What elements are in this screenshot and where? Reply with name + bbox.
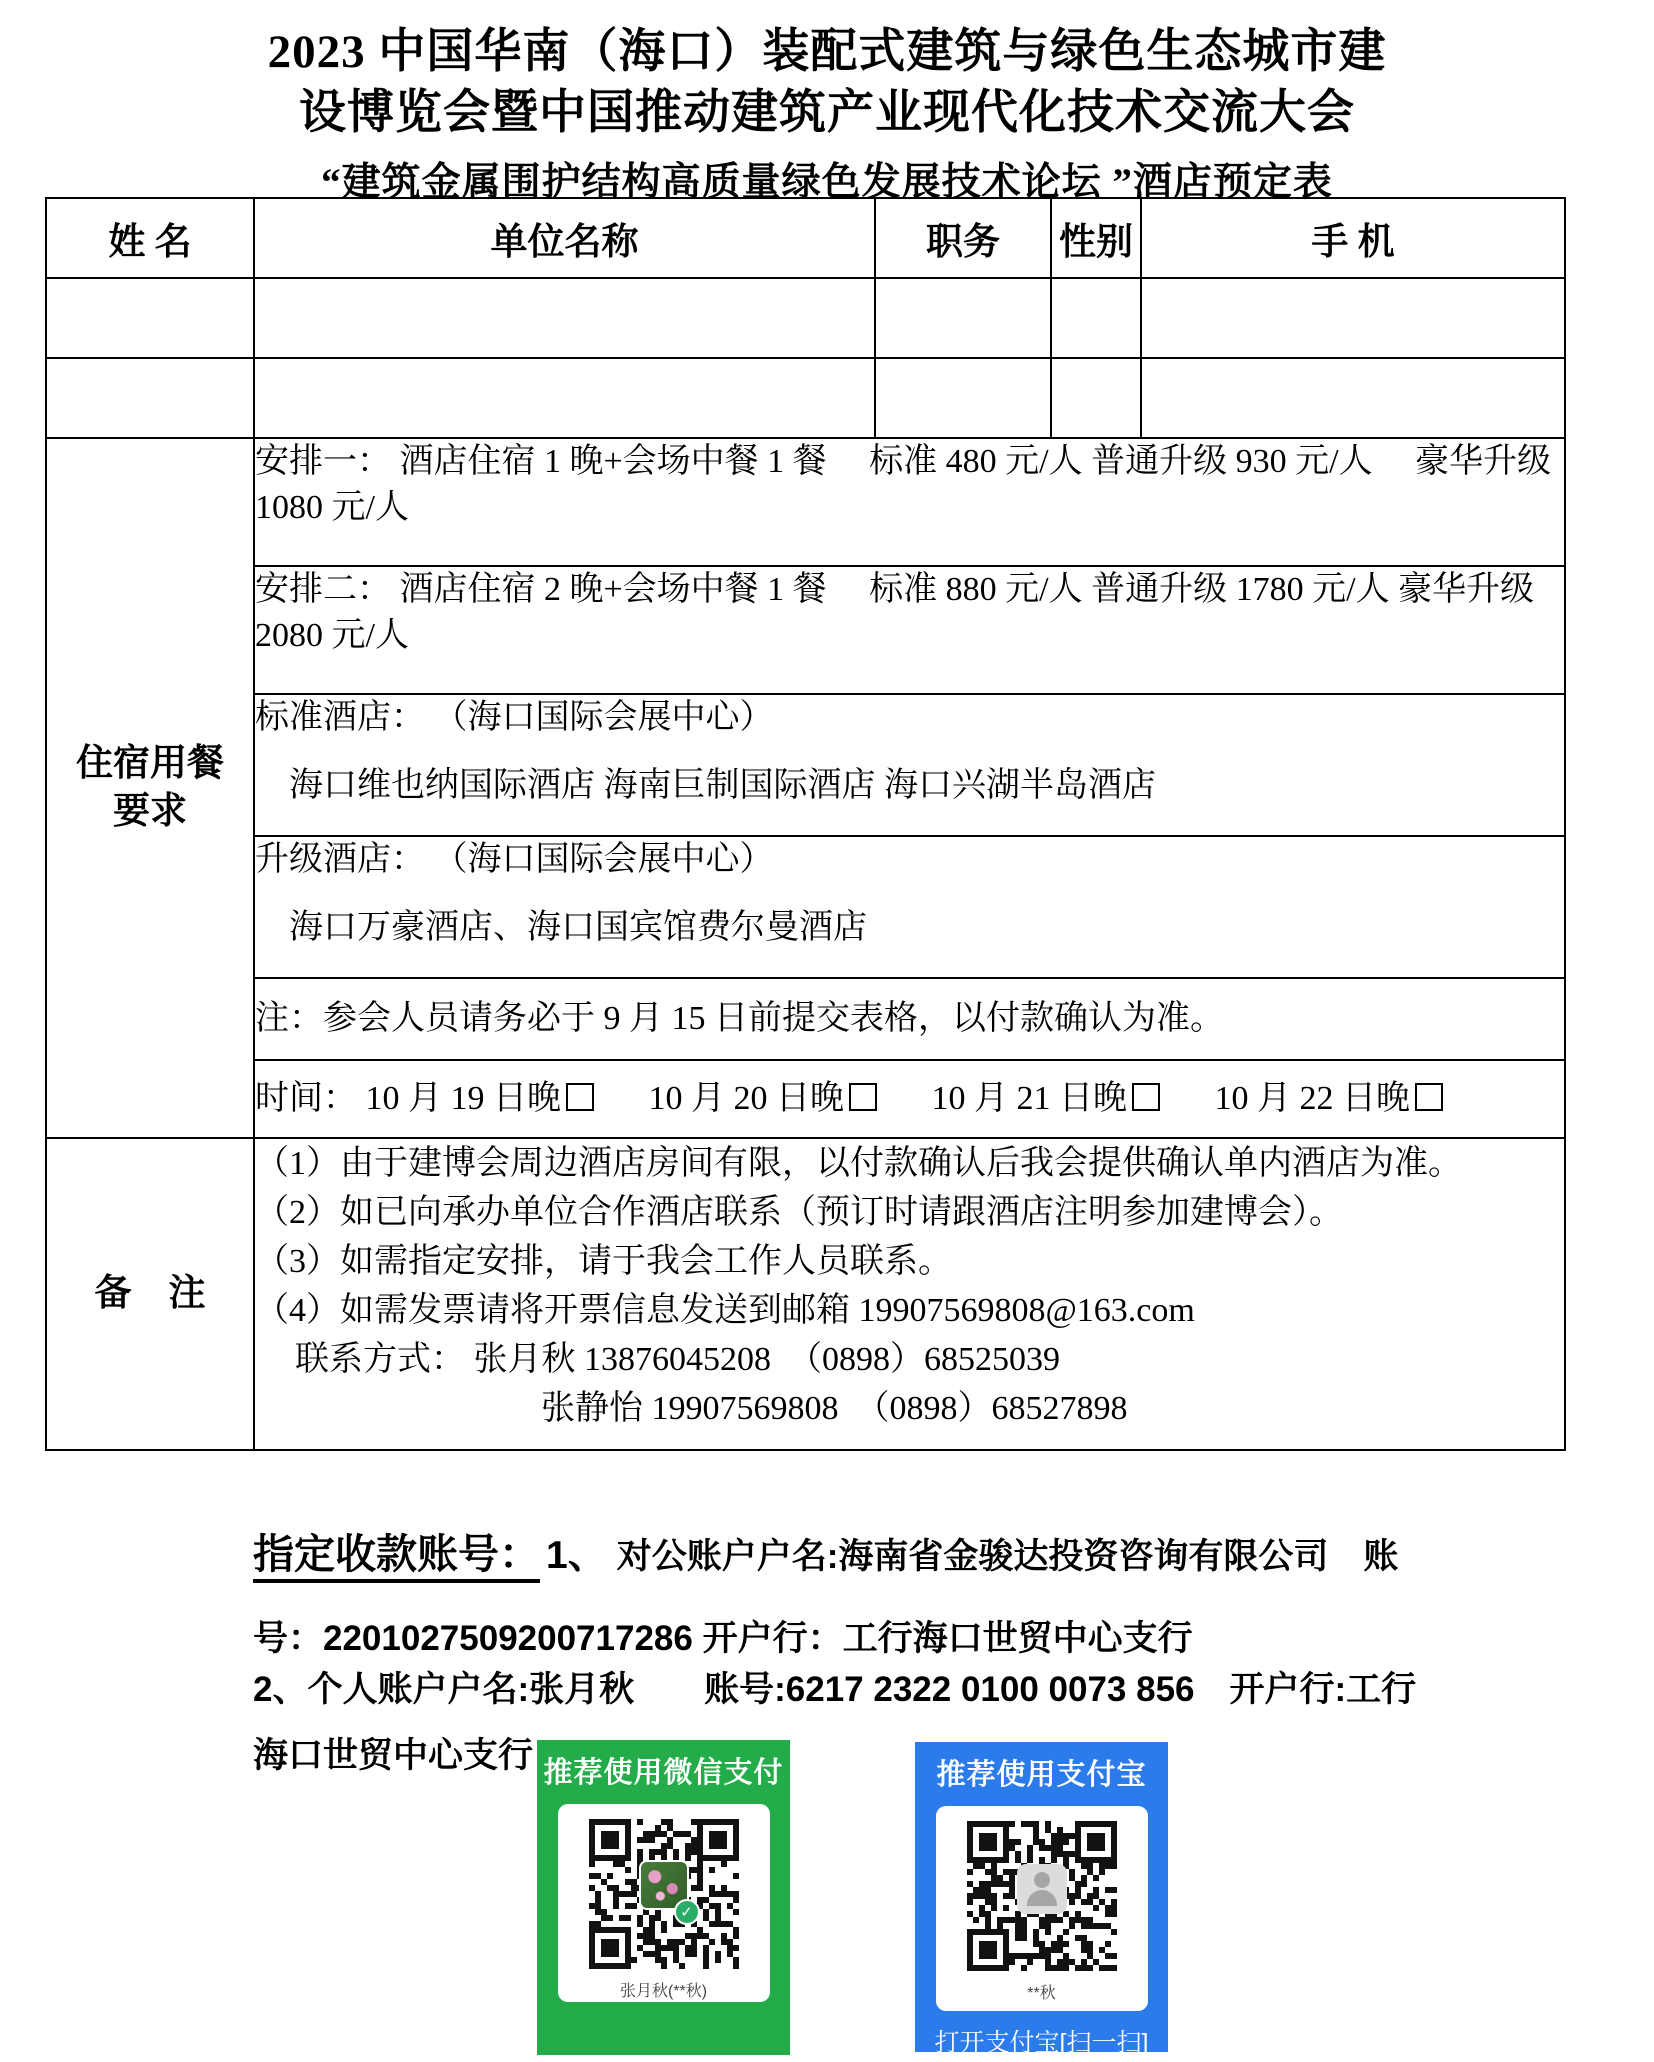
alipay-qr-caption: **秋 — [936, 1971, 1148, 2017]
plan-2-text: 安排二： 酒店住宿 2 晚+会场中餐 1 餐 标准 880 元/人 普通升级 1… — [254, 566, 1565, 694]
remark-content-cell: （1）由于建博会周边酒店房间有限，以付款确认后我会提供确认单内酒店为准。 （2）… — [254, 1138, 1565, 1450]
upgrade-hotels-title: 升级酒店： （海口国际会展中心） — [255, 837, 1564, 883]
time-option-3: 10 月 21 日晚 — [932, 1080, 1161, 1117]
contact-line-2: 张静怡 19907569808 （0898）68527898 — [255, 1384, 1564, 1433]
time-option-3-label: 10 月 21 日晚 — [932, 1080, 1128, 1117]
page-title-line2: 设博览会暨中国推动建筑产业现代化技术交流大会 — [0, 83, 1654, 144]
input-cell-gender-2[interactable] — [1051, 358, 1141, 438]
alipay-qr-wrap — [967, 1806, 1117, 1971]
time-option-1-label: 10 月 19 日晚 — [366, 1080, 562, 1117]
alipay-qr-card: **秋 — [936, 1806, 1148, 2011]
time-option-2-checkbox[interactable] — [849, 1083, 877, 1111]
time-option-2: 10 月 20 日晚 — [649, 1080, 878, 1117]
page-title-line1: 2023 中国华南（海口）装配式建筑与绿色生态城市建 — [0, 22, 1654, 83]
remark-row: 备 注 （1）由于建博会周边酒店房间有限，以付款确认后我会提供确认单内酒店为准。… — [46, 1138, 1565, 1450]
alipay-person-avatar-icon — [1017, 1864, 1067, 1914]
upgrade-hotels-cell: 升级酒店： （海口国际会展中心） 海口万豪酒店、海口国宾馆费尔曼酒店 — [254, 836, 1565, 978]
input-cell-mobile-1[interactable] — [1141, 278, 1565, 358]
time-label: 时间： — [255, 1080, 357, 1117]
alipay-panel: 推荐使用支付宝 **秋 打开支付宝[扫一扫] — [915, 1742, 1168, 2052]
standard-hotels-title: 标准酒店： （海口国际会展中心） — [255, 695, 1564, 741]
input-cell-position-2[interactable] — [875, 358, 1051, 438]
header-gender: 性别 — [1051, 198, 1141, 278]
header-mobile: 手 机 — [1141, 198, 1565, 278]
wechat-pay-panel: 推荐使用微信支付 张月秋(**秋) — [537, 1740, 790, 2055]
standard-hotels-cell: 标准酒店： （海口国际会展中心） 海口维也纳国际酒店 海南巨制国际酒店 海口兴湖… — [254, 694, 1565, 836]
plan-1-text: 安排一： 酒店住宿 1 晚+会场中餐 1 餐 标准 480 元/人 普通升级 9… — [254, 438, 1565, 566]
note-text: 注：参会人员请务必于 9 月 15 日前提交表格，以付款确认为准。 — [254, 978, 1565, 1060]
payment-item1-number: 1、 — [540, 1534, 617, 1577]
input-cell-position-1[interactable] — [875, 278, 1051, 358]
attendee-row-1 — [46, 278, 1565, 358]
upgrade-hotels-list: 海口万豪酒店、海口国宾馆费尔曼酒店 — [255, 905, 1564, 951]
standard-hotels-list: 海口维也纳国际酒店 海南巨制国际酒店 海口兴湖半岛酒店 — [255, 763, 1564, 809]
booking-table: 姓 名 单位名称 职务 性别 手 机 住宿用餐 要求 安排一： 酒店住宿 1 晚… — [45, 197, 1566, 1451]
input-cell-name-2[interactable] — [46, 358, 254, 438]
wechat-qr-caption: 张月秋(**秋) — [558, 1969, 770, 2015]
alipay-scan-hint: 打开支付宝[扫一扫] — [915, 2023, 1168, 2059]
remark-item-3: （3）如需指定安排，请于我会工作人员联系。 — [255, 1237, 1564, 1286]
time-option-1: 10 月 19 日晚 — [366, 1080, 595, 1117]
accommodation-label-line1: 住宿用餐 — [76, 743, 224, 784]
wechat-qr-wrap — [589, 1804, 739, 1969]
input-cell-name-1[interactable] — [46, 278, 254, 358]
remark-item-1: （1）由于建博会周边酒店房间有限，以付款确认后我会提供确认单内酒店为准。 — [255, 1139, 1564, 1188]
plan-2-row: 安排二： 酒店住宿 2 晚+会场中餐 1 餐 标准 880 元/人 普通升级 1… — [46, 566, 1565, 694]
attendee-row-2 — [46, 358, 1565, 438]
time-row: 时间： 10 月 19 日晚 10 月 20 日晚 10 月 21 日晚 10 … — [46, 1060, 1565, 1138]
remark-item-4: （4）如需发票请将开票信息发送到邮箱 19907569808@163.com — [255, 1286, 1564, 1335]
note-row: 注：参会人员请务必于 9 月 15 日前提交表格，以付款确认为准。 — [46, 978, 1565, 1060]
contact-line-1: 联系方式： 张月秋 13876045208 （0898）68525039 — [255, 1335, 1564, 1384]
document-header: 2023 中国华南（海口）装配式建筑与绿色生态城市建 设博览会暨中国推动建筑产业… — [0, 22, 1654, 207]
time-option-4-checkbox[interactable] — [1415, 1083, 1443, 1111]
plan-1-row: 住宿用餐 要求 安排一： 酒店住宿 1 晚+会场中餐 1 餐 标准 480 元/… — [46, 438, 1565, 566]
remark-section-label: 备 注 — [46, 1138, 254, 1450]
header-position: 职务 — [875, 198, 1051, 278]
payment-paragraph-personal: 2、个人账户户名:张月秋 账号:6217 2322 0100 0073 856 … — [253, 1657, 1443, 1789]
standard-hotels-row: 标准酒店： （海口国际会展中心） 海口维也纳国际酒店 海南巨制国际酒店 海口兴湖… — [46, 694, 1565, 836]
input-cell-company-1[interactable] — [254, 278, 875, 358]
upgrade-hotels-row: 升级酒店： （海口国际会展中心） 海口万豪酒店、海口国宾馆费尔曼酒店 — [46, 836, 1565, 978]
time-option-2-label: 10 月 20 日晚 — [649, 1080, 845, 1117]
input-cell-company-2[interactable] — [254, 358, 875, 438]
accommodation-section-label: 住宿用餐 要求 — [46, 438, 254, 1138]
time-option-4: 10 月 22 日晚 — [1215, 1080, 1444, 1117]
table-header-row: 姓 名 单位名称 职务 性别 手 机 — [46, 198, 1565, 278]
input-cell-mobile-2[interactable] — [1141, 358, 1565, 438]
time-option-3-checkbox[interactable] — [1132, 1083, 1160, 1111]
input-cell-gender-1[interactable] — [1051, 278, 1141, 358]
payment-item2-text: 2、个人账户户名:张月秋 账号:6217 2322 0100 0073 856 … — [253, 1670, 1416, 1775]
time-cell: 时间： 10 月 19 日晚 10 月 20 日晚 10 月 21 日晚 10 … — [254, 1060, 1565, 1138]
payment-heading: 指定收款账号： — [253, 1531, 540, 1583]
accommodation-label-line2: 要求 — [113, 791, 187, 832]
wechat-panel-title: 推荐使用微信支付 — [537, 1740, 790, 1791]
wechat-qr-card: 张月秋(**秋) — [558, 1804, 770, 2002]
time-option-4-label: 10 月 22 日晚 — [1215, 1080, 1411, 1117]
time-option-1-checkbox[interactable] — [566, 1083, 594, 1111]
alipay-panel-title: 推荐使用支付宝 — [915, 1742, 1168, 1793]
wechat-verified-check-icon — [674, 1899, 700, 1925]
remark-item-2: （2）如已向承办单位合作酒店联系（预订时请跟酒店注明参加建博会）。 — [255, 1188, 1564, 1237]
payment-paragraph-corporate: 指定收款账号：1、对公账户户名:海南省金骏达投资咨询有限公司 账号：220102… — [253, 1513, 1443, 1680]
header-company: 单位名称 — [254, 198, 875, 278]
header-name: 姓 名 — [46, 198, 254, 278]
